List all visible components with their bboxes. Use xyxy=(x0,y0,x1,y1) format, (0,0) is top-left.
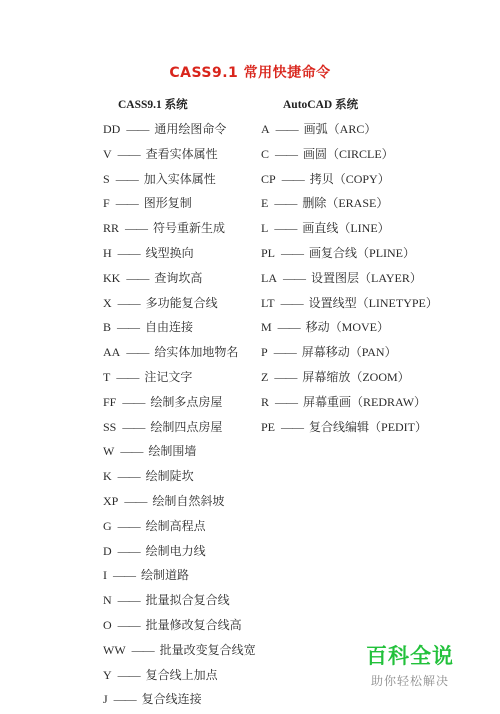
command-shortcut: PE xyxy=(261,419,275,435)
command-row: F——图形复制 xyxy=(103,195,256,220)
command-row: XP——绘制自然斜坡 xyxy=(103,493,256,518)
command-description: 线型换向 xyxy=(146,246,194,260)
command-description: 绘制围墙 xyxy=(148,444,196,458)
command-shortcut: W xyxy=(103,443,114,459)
command-description: 画复合线（PLINE） xyxy=(309,246,415,260)
command-shortcut: SS xyxy=(103,419,116,435)
command-row: FF——绘制多点房屋 xyxy=(103,394,256,419)
command-row: PL——画复合线（PLINE） xyxy=(261,245,438,270)
command-row: D——绘制电力线 xyxy=(103,543,256,568)
command-row: Z——屏幕缩放（ZOOM） xyxy=(261,369,438,394)
command-description: 复合线编辑（PEDIT） xyxy=(309,420,427,434)
command-description: 画弧（ARC） xyxy=(304,122,377,136)
command-description: 符号重新生成 xyxy=(153,221,225,235)
separator-dash: —— xyxy=(274,344,296,360)
command-description: 绘制自然斜坡 xyxy=(152,494,224,508)
command-row: DD——通用绘图命令 xyxy=(103,121,256,146)
command-row: W——绘制围墙 xyxy=(103,443,256,468)
command-description: 绘制道路 xyxy=(141,568,189,582)
separator-dash: —— xyxy=(113,567,135,583)
separator-dash: —— xyxy=(278,319,300,335)
command-row: PE——复合线编辑（PEDIT） xyxy=(261,419,438,444)
command-row: O——批量修改复合线高 xyxy=(103,617,256,642)
command-shortcut: LT xyxy=(261,295,275,311)
command-shortcut: CP xyxy=(261,171,276,187)
command-row: LA——设置图层（LAYER） xyxy=(261,270,438,295)
command-shortcut: F xyxy=(103,195,110,211)
separator-dash: —— xyxy=(117,319,139,335)
command-description: 屏幕移动（PAN） xyxy=(302,345,397,359)
separator-dash: —— xyxy=(125,220,147,236)
command-shortcut: A xyxy=(261,121,270,137)
command-shortcut: B xyxy=(103,319,111,335)
command-shortcut: Y xyxy=(103,667,112,683)
command-description: 复合线上加点 xyxy=(146,668,218,682)
watermark-logo: 百科全说 助你轻松解决 xyxy=(366,640,454,689)
autocad-column-header: AutoCAD 系统 xyxy=(283,96,358,112)
command-description: 拷贝（COPY） xyxy=(310,172,390,186)
separator-dash: —— xyxy=(118,617,140,633)
separator-dash: —— xyxy=(274,195,296,211)
command-description: 画圆（CIRCLE） xyxy=(303,147,394,161)
command-description: 给实体加地物名 xyxy=(154,345,238,359)
command-shortcut: M xyxy=(261,319,272,335)
command-shortcut: P xyxy=(261,344,268,360)
command-shortcut: N xyxy=(103,592,112,608)
separator-dash: —— xyxy=(116,369,138,385)
command-shortcut: G xyxy=(103,518,112,534)
separator-dash: —— xyxy=(126,270,148,286)
command-description: 绘制电力线 xyxy=(146,544,206,558)
command-shortcut: H xyxy=(103,245,112,261)
separator-dash: —— xyxy=(126,121,148,137)
command-row: A——画弧（ARC） xyxy=(261,121,438,146)
command-description: 批量拟合复合线 xyxy=(146,593,230,607)
watermark-slogan: 助你轻松解决 xyxy=(366,672,454,689)
command-row: WW——批量改变复合线宽 xyxy=(103,642,256,667)
command-shortcut: KK xyxy=(103,270,120,286)
command-row: V——查看实体属性 xyxy=(103,146,256,171)
command-row: J——复合线连接 xyxy=(103,691,256,714)
command-description: 绘制多点房屋 xyxy=(150,395,222,409)
command-description: 移动（MOVE） xyxy=(306,320,389,334)
command-description: 绘制高程点 xyxy=(146,519,206,533)
command-shortcut: X xyxy=(103,295,112,311)
command-shortcut: PL xyxy=(261,245,275,261)
separator-dash: —— xyxy=(118,518,140,534)
separator-dash: —— xyxy=(122,419,144,435)
command-description: 加入实体属性 xyxy=(144,172,216,186)
command-row: B——自由连接 xyxy=(103,319,256,344)
command-description: 设置图层（LAYER） xyxy=(311,271,422,285)
command-description: 屏幕缩放（ZOOM） xyxy=(302,370,409,384)
separator-dash: —— xyxy=(274,220,296,236)
separator-dash: —— xyxy=(281,245,303,261)
command-description: 绘制陡坎 xyxy=(146,469,194,483)
command-description: 自由连接 xyxy=(145,320,193,334)
command-shortcut: E xyxy=(261,195,268,211)
command-row: X——多功能复合线 xyxy=(103,295,256,320)
command-row: KK——查询坎高 xyxy=(103,270,256,295)
command-row: CP——拷贝（COPY） xyxy=(261,171,438,196)
command-shortcut: Z xyxy=(261,369,268,385)
command-row: G——绘制高程点 xyxy=(103,518,256,543)
command-shortcut: L xyxy=(261,220,268,236)
separator-dash: —— xyxy=(116,171,138,187)
command-description: 复合线连接 xyxy=(142,692,202,706)
separator-dash: —— xyxy=(118,592,140,608)
separator-dash: —— xyxy=(126,344,148,360)
command-shortcut: V xyxy=(103,146,112,162)
command-description: 查询坎高 xyxy=(154,271,202,285)
command-row: I——绘制道路 xyxy=(103,567,256,592)
command-shortcut: S xyxy=(103,171,110,187)
command-shortcut: XP xyxy=(103,493,118,509)
separator-dash: —— xyxy=(124,493,146,509)
document-title: CASS9.1 常用快捷命令 xyxy=(0,62,500,82)
command-row: M——移动（MOVE） xyxy=(261,319,438,344)
command-description: 多功能复合线 xyxy=(146,296,218,310)
command-row: N——批量拟合复合线 xyxy=(103,592,256,617)
command-description: 绘制四点房屋 xyxy=(150,420,222,434)
command-row: H——线型换向 xyxy=(103,245,256,270)
separator-dash: —— xyxy=(283,270,305,286)
command-shortcut: O xyxy=(103,617,112,633)
command-row: C——画圆（CIRCLE） xyxy=(261,146,438,171)
separator-dash: —— xyxy=(116,195,138,211)
command-row: E——删除（ERASE） xyxy=(261,195,438,220)
separator-dash: —— xyxy=(118,245,140,261)
command-description: 画直线（LINE） xyxy=(302,221,389,235)
separator-dash: —— xyxy=(282,171,304,187)
separator-dash: —— xyxy=(281,419,303,435)
command-description: 批量改变复合线宽 xyxy=(160,643,256,657)
command-row: AA——给实体加地物名 xyxy=(103,344,256,369)
command-row: Y——复合线上加点 xyxy=(103,667,256,692)
command-row: LT——设置线型（LINETYPE） xyxy=(261,295,438,320)
separator-dash: —— xyxy=(118,468,140,484)
command-shortcut: LA xyxy=(261,270,277,286)
command-shortcut: FF xyxy=(103,394,116,410)
separator-dash: —— xyxy=(281,295,303,311)
command-description: 通用绘图命令 xyxy=(154,122,226,136)
command-shortcut: C xyxy=(261,146,269,162)
separator-dash: —— xyxy=(132,642,154,658)
command-row: T——注记文字 xyxy=(103,369,256,394)
command-description: 设置线型（LINETYPE） xyxy=(309,296,438,310)
command-row: RR——符号重新生成 xyxy=(103,220,256,245)
command-shortcut: K xyxy=(103,468,112,484)
command-shortcut: WW xyxy=(103,642,126,658)
separator-dash: —— xyxy=(118,295,140,311)
cass-column-header: CASS9.1 系统 xyxy=(118,96,188,112)
command-shortcut: J xyxy=(103,691,108,707)
command-row: K——绘制陡坎 xyxy=(103,468,256,493)
separator-dash: —— xyxy=(118,667,140,683)
separator-dash: —— xyxy=(118,146,140,162)
separator-dash: —— xyxy=(275,394,297,410)
separator-dash: —— xyxy=(114,691,136,707)
command-description: 屏幕重画（REDRAW） xyxy=(303,395,426,409)
command-shortcut: D xyxy=(103,543,112,559)
command-shortcut: RR xyxy=(103,220,119,236)
command-description: 图形复制 xyxy=(144,196,192,210)
cass-command-list: DD——通用绘图命令V——查看实体属性S——加入实体属性F——图形复制RR——符… xyxy=(103,121,256,714)
command-shortcut: T xyxy=(103,369,110,385)
separator-dash: —— xyxy=(274,369,296,385)
command-description: 删除（ERASE） xyxy=(302,196,388,210)
separator-dash: —— xyxy=(276,121,298,137)
command-shortcut: AA xyxy=(103,344,120,360)
command-description: 注记文字 xyxy=(144,370,192,384)
separator-dash: —— xyxy=(118,543,140,559)
command-row: S——加入实体属性 xyxy=(103,171,256,196)
command-description: 查看实体属性 xyxy=(146,147,218,161)
watermark-brand: 百科全说 xyxy=(366,640,454,670)
command-row: P——屏幕移动（PAN） xyxy=(261,344,438,369)
separator-dash: —— xyxy=(275,146,297,162)
autocad-command-list: A——画弧（ARC）C——画圆（CIRCLE）CP——拷贝（COPY）E——删除… xyxy=(261,121,438,443)
command-shortcut: I xyxy=(103,567,107,583)
command-row: L——画直线（LINE） xyxy=(261,220,438,245)
separator-dash: —— xyxy=(122,394,144,410)
command-description: 批量修改复合线高 xyxy=(146,618,242,632)
separator-dash: —— xyxy=(120,443,142,459)
command-shortcut: R xyxy=(261,394,269,410)
command-shortcut: DD xyxy=(103,121,120,137)
command-row: R——屏幕重画（REDRAW） xyxy=(261,394,438,419)
command-row: SS——绘制四点房屋 xyxy=(103,419,256,444)
